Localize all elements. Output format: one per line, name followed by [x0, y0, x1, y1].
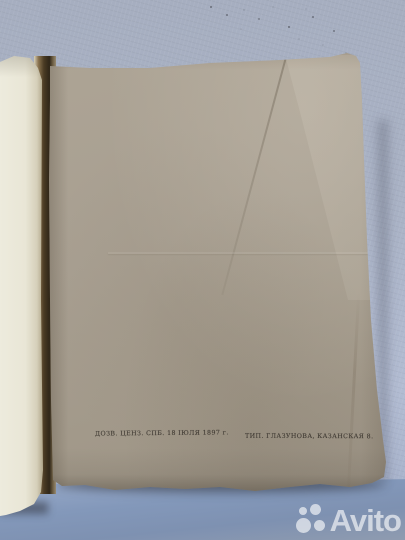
- paint-speckles: [210, 6, 212, 8]
- page-crease-line: [221, 57, 287, 295]
- left-endpaper-page: [0, 54, 46, 518]
- page-fold-highlight: [48, 52, 388, 492]
- book-photo: ДОЗВ. ЦЕНЗ. СПБ. 18 ІЮЛЯ 1897 г. ТИП. ГЛ…: [0, 0, 405, 540]
- watermark-brand-text: Avito: [330, 505, 401, 536]
- avito-watermark: Avito: [296, 504, 401, 536]
- avito-logo-icon: [296, 504, 327, 536]
- page-edge-crease: [347, 292, 360, 492]
- censor-imprint-text: ДОЗВ. ЦЕНЗ. СПБ. 18 ІЮЛЯ 1897 г.: [95, 430, 229, 437]
- blank-book-page: ДОЗВ. ЦЕНЗ. СПБ. 18 ІЮЛЯ 1897 г. ТИП. ГЛ…: [48, 52, 388, 492]
- printer-imprint-text: ТИП. ГЛАЗУНОВА, КАЗАНСКАЯ 8.: [245, 434, 374, 441]
- page-horizontal-crease: [108, 252, 368, 254]
